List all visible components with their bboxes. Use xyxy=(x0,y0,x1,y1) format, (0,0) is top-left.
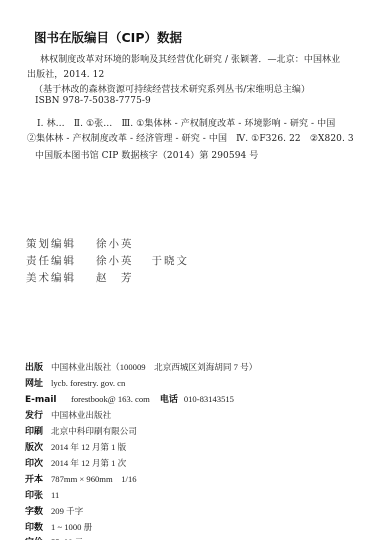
cip-line-series: （基于林改的森林资源可持续经营技术研究系列丛书/宋维明总主编） xyxy=(34,82,310,95)
cip-line-catalog-number: 中国版本图书馆 CIP 数据核字（2014）第 290594 号 xyxy=(35,148,258,161)
imprint-value: 1 ~ 1000 册 xyxy=(51,522,92,532)
editor-name: 徐小英 xyxy=(96,253,134,268)
imprint-value: 787mm × 960mm 1/16 xyxy=(51,474,137,484)
imprint-value: 2014 年 12 月第 1 版 xyxy=(51,442,126,452)
website-link: lycb. forestry. gov. cn xyxy=(51,378,125,388)
imprint-label: 出版 xyxy=(25,360,51,373)
imprint-printing: 印次2014 年 12 月第 1 次 xyxy=(25,456,126,469)
imprint-label: 印次 xyxy=(25,456,51,469)
editor-row-responsible: 责任编辑徐小英于晓文 xyxy=(26,253,207,268)
editor-label: 责任编辑 xyxy=(26,253,96,268)
imprint-price: 定价55. 00 元 xyxy=(25,535,83,540)
imprint-label: 发行 xyxy=(25,408,51,421)
imprint-value: 中国林业出版社（100009 北京西城区刘海胡同 7 号） xyxy=(51,362,257,372)
imprint-word-count: 字数209 千字 xyxy=(25,504,83,517)
imprint-label: 版次 xyxy=(25,440,51,453)
editor-label: 美术编辑 xyxy=(26,270,96,285)
editor-row-art: 美术编辑赵 芳 xyxy=(26,270,152,285)
imprint-label: 印数 xyxy=(25,520,51,533)
imprint-print-run: 印数1 ~ 1000 册 xyxy=(25,520,92,533)
editor-label: 策划编辑 xyxy=(26,236,96,251)
cip-line-subject-2: ②集体林 - 产权制度改革 - 经济管理 - 研究 - 中国 Ⅳ. ①F326.… xyxy=(27,131,354,144)
imprint-value: 11 xyxy=(51,490,59,500)
editor-name: 赵 芳 xyxy=(96,270,134,285)
imprint-value: 中国林业出版社 xyxy=(51,410,111,420)
imprint-email: E-mailforestbook@ 163. com电话010-83143515 xyxy=(25,392,234,405)
email-address: forestbook@ 163. com xyxy=(71,394,150,404)
editor-name: 于晓文 xyxy=(152,253,190,268)
imprint-label: 印张 xyxy=(25,488,51,501)
cip-line-publisher: 出版社，2014. 12 xyxy=(27,67,104,80)
imprint-publisher: 出版中国林业出版社（100009 北京西城区刘海胡同 7 号） xyxy=(25,360,257,373)
imprint-printer: 印刷北京中科印刷有限公司 xyxy=(25,424,137,437)
imprint-value: 209 千字 xyxy=(51,506,83,516)
editor-row-planning: 策划编辑徐小英 xyxy=(26,236,152,251)
phone-number: 010-83143515 xyxy=(184,394,234,404)
imprint-label: 印刷 xyxy=(25,424,51,437)
imprint-format: 开本787mm × 960mm 1/16 xyxy=(25,472,137,485)
cip-line-subject-1: Ⅰ. 林… Ⅱ. ①张… Ⅲ. ①集体林 - 产权制度改革 - 环境影响 - 研… xyxy=(37,116,335,129)
imprint-label: E-mail xyxy=(25,395,71,405)
imprint-sheets: 印张11 xyxy=(25,488,59,501)
imprint-value: 2014 年 12 月第 1 次 xyxy=(51,458,126,468)
cip-line-title: 林权制度改革对环境的影响及其经营优化研究 / 张颖著．—北京：中国林业 xyxy=(40,52,340,65)
editor-name: 徐小英 xyxy=(96,236,134,251)
imprint-label: 字数 xyxy=(25,504,51,517)
imprint-label: 网址 xyxy=(25,376,51,389)
imprint-label: 开本 xyxy=(25,472,51,485)
phone-label: 电话 xyxy=(160,395,178,405)
imprint-label: 定价 xyxy=(25,535,51,540)
cip-line-isbn: ISBN 978-7-5038-7775-9 xyxy=(35,96,151,106)
imprint-value: 北京中科印刷有限公司 xyxy=(51,426,137,436)
imprint-distributor: 发行中国林业出版社 xyxy=(25,408,111,421)
imprint-website: 网址lycb. forestry. gov. cn xyxy=(25,376,125,389)
cip-title: 图书在版编目（CIP）数据 xyxy=(34,28,182,46)
imprint-edition: 版次2014 年 12 月第 1 版 xyxy=(25,440,126,453)
